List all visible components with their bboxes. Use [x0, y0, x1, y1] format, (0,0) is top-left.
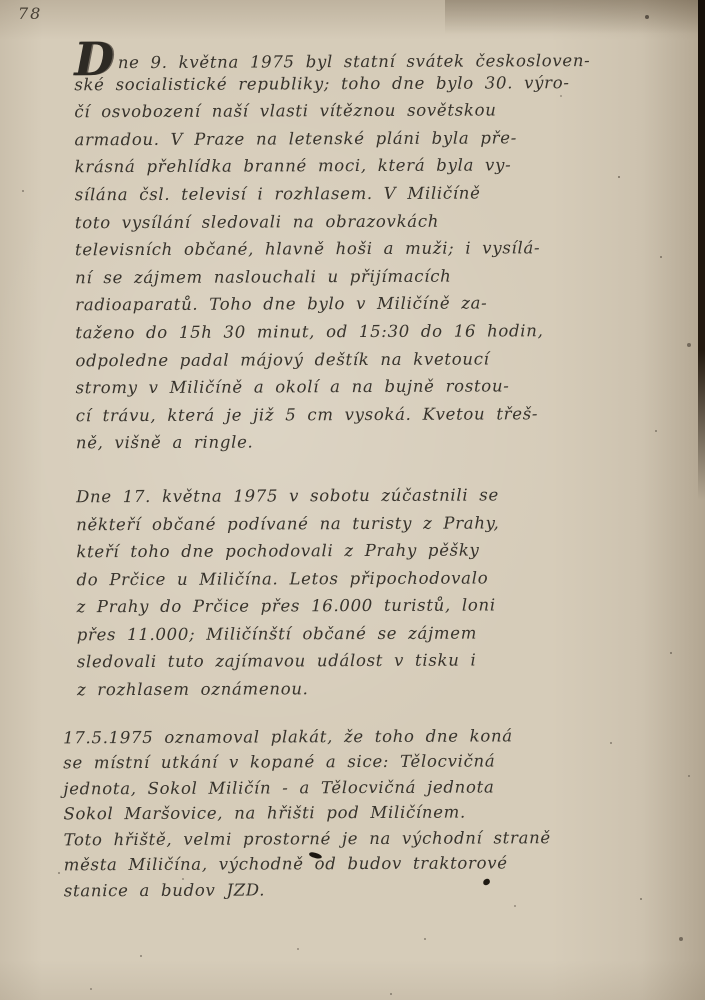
- text-line: Dne 17. května 1975 v sobotu zúčastnili …: [76, 485, 661, 515]
- text-line: města Miličína, východně od budov trakto…: [64, 853, 663, 881]
- page-number: 78: [18, 4, 42, 23]
- text-line: toto vysílání sledovali na obrazovkách: [75, 210, 660, 240]
- text-line: z Prahy do Prčice přes 16.000 turistů, l…: [77, 595, 662, 625]
- photo-edge-shadow: [698, 0, 705, 500]
- text-line: kteří toho dne pochodovali z Prahy pěšky: [76, 540, 661, 570]
- text-line: sílána čsl. televisí i rozhlasem. V Mili…: [75, 183, 660, 213]
- chronicle-page: 78 Dne 9. května 1975 byl statní svátek …: [0, 0, 705, 1000]
- text-line: 17.5.1975 oznamoval plakát, že toho dne …: [63, 725, 662, 753]
- text-line: z rozhlasem oznámenou.: [77, 678, 662, 708]
- text-line: se místní utkání v kopané a sice: Tělocv…: [63, 751, 662, 779]
- paragraph-may-17-1975: Dne 17. května 1975 v sobotu zúčastnili …: [76, 485, 662, 708]
- text-line: televisních občané, hlavně hoši a muži; …: [75, 238, 660, 268]
- text-line: Toto hřiště, velmi prostorné je na výcho…: [64, 827, 663, 855]
- text-line: krásná přehlídka branné moci, která byla…: [75, 155, 660, 185]
- text-line: stanice a budov JZD.: [64, 878, 663, 906]
- text-line: ské socialistické republiky; toho dne by…: [74, 72, 659, 102]
- text-line: Dne 9. května 1975 byl statní svátek čes…: [74, 45, 659, 75]
- text-line: stromy v Miličíně a okolí a na bujně ros…: [76, 376, 661, 406]
- photo-shadow-top: [445, 0, 705, 34]
- paragraph-may-9-1975: Dne 9. května 1975 byl statní svátek čes…: [74, 45, 661, 461]
- text-line: jednota, Sokol Miličín - a Tělocvičná je…: [63, 776, 662, 804]
- handwritten-text: Dne 9. května 1975 byl statní svátek čes…: [74, 45, 663, 907]
- text-line: Sokol Maršovice, na hřišti pod Miličínem…: [63, 802, 662, 830]
- text-line: do Prčice u Miličína. Letos připochodova…: [76, 567, 661, 597]
- text-line: armadou. V Praze na letenské pláni byla …: [74, 128, 659, 158]
- ornate-initial-d: D: [74, 54, 115, 64]
- text-line: čí osvobození naší vlasti vítěznou sovět…: [74, 100, 659, 130]
- text-line: ní se zájmem naslouchali u přijímacích: [75, 265, 660, 295]
- text-line: radioaparatů. Toho dne bylo v Miličíně z…: [75, 293, 660, 323]
- text-line: odpoledne padal májový deštík na kvetouc…: [75, 348, 660, 378]
- text-line: přes 11.000; Miličínští občané se zájmem: [77, 623, 662, 653]
- paragraph-football-poster: 17.5.1975 oznamoval plakát, že toho dne …: [63, 725, 663, 906]
- text-line: sledovali tuto zajímavou událost v tisku…: [77, 650, 662, 680]
- text-line: ně, višně a ringle.: [76, 431, 661, 461]
- text-line: cí trávu, která je již 5 cm vysoká. Kvet…: [76, 403, 661, 433]
- text-line: někteří občané podívané na turisty z Pra…: [76, 512, 661, 542]
- text-line: taženo do 15h 30 minut, od 15:30 do 16 h…: [75, 321, 660, 351]
- paper-specks: [0, 0, 2, 2]
- text-line-first: ne 9. května 1975 byl statní svátek česk…: [118, 51, 591, 72]
